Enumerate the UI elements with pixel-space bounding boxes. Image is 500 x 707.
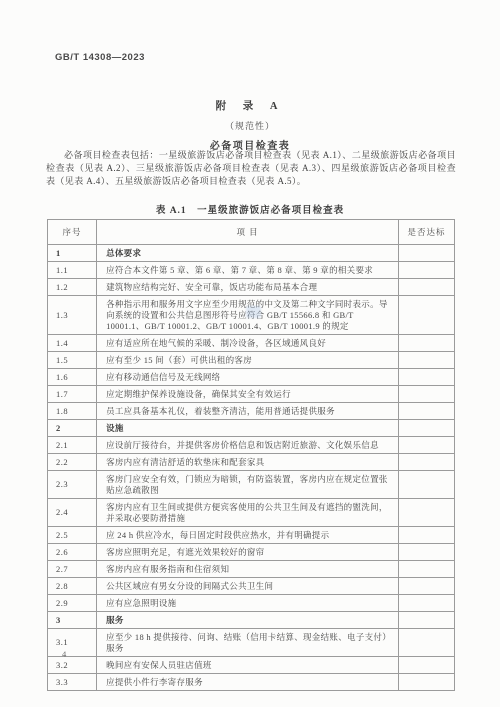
table-row: 3.1应至少 18 h 提供接待、问询、结账（信用卡结算、现金结账、电子支付）服… [48, 629, 455, 657]
appendix-subtitle: （规范性） [0, 119, 500, 132]
row-number: 1.2 [48, 279, 97, 296]
row-status-cell [399, 544, 455, 561]
row-item: 客房应照明充足，有遮光效果较好的窗帘 [97, 544, 399, 561]
row-number: 1.4 [48, 335, 97, 352]
row-item: 晚间应有安保人员驻店值班 [97, 657, 399, 674]
table-row: 2.8公共区域应有男女分设的间隔式公共卫生间 [48, 578, 455, 595]
table-row: 1.1应符合本文件第 5 章、第 6 章、第 7 章、第 8 章、第 9 章的相… [48, 262, 455, 279]
row-number: 1.1 [48, 262, 97, 279]
row-number: 3 [48, 612, 97, 629]
row-status-cell [399, 296, 455, 335]
row-number: 2.9 [48, 595, 97, 612]
row-number: 1.8 [48, 403, 97, 420]
row-item: 服务 [97, 612, 399, 629]
standard-number: GB/T 14308—2023 [55, 52, 145, 63]
row-item: 设施 [97, 420, 399, 437]
row-status-cell [399, 335, 455, 352]
row-number: 1.6 [48, 369, 97, 386]
table-row: 1总体要求 [48, 245, 455, 262]
row-status-cell [399, 471, 455, 499]
row-item: 客房内应有清洁舒适的软垫床和配套家具 [97, 454, 399, 471]
col-header-item: 项 目 [97, 220, 399, 245]
row-status-cell [399, 595, 455, 612]
row-status-cell [399, 386, 455, 403]
row-number: 3.3 [48, 674, 97, 691]
row-status-cell [399, 420, 455, 437]
row-number: 1.3 [48, 296, 97, 335]
appendix-heading: 附 录 A （规范性） 必备项目检查表 [0, 98, 500, 152]
row-number: 2.7 [48, 561, 97, 578]
table-row: 1.5应有至少 15 间（套）可供出租的客房 [48, 352, 455, 369]
row-status-cell [399, 454, 455, 471]
row-item: 应设前厅接待台，并提供客房价格信息和饭店附近旅游、文化娱乐信息 [97, 437, 399, 454]
row-status-cell [399, 578, 455, 595]
table-row: 1.4应有适应所在地气候的采暖、制冷设备，各区域通风良好 [48, 335, 455, 352]
row-number: 2.5 [48, 527, 97, 544]
table-row: 1.7应定期维护保养设施设备，确保其安全有效运行 [48, 386, 455, 403]
table-row: 2.4客房内应有卫生间或提供方便宾客使用的公共卫生间及有遮挡的盥洗间，并采取必要… [48, 499, 455, 527]
row-status-cell [399, 369, 455, 386]
row-number: 1.7 [48, 386, 97, 403]
table-row: 2.5应 24 h 供应冷水，每日固定时段供应热水，并有明确提示 [48, 527, 455, 544]
row-item: 应有至少 15 间（套）可供出租的客房 [97, 352, 399, 369]
row-status-cell [399, 279, 455, 296]
row-item: 应符合本文件第 5 章、第 6 章、第 7 章、第 8 章、第 9 章的相关要求 [97, 262, 399, 279]
appendix-title: 附 录 A [0, 98, 500, 113]
table-row: 1.6应有移动通信信号及无线网络 [48, 369, 455, 386]
row-item: 应有适应所在地气候的采暖、制冷设备，各区域通风良好 [97, 335, 399, 352]
row-status-cell [399, 674, 455, 691]
row-status-cell [399, 437, 455, 454]
row-number: 2.6 [48, 544, 97, 561]
document-page: GB/T 14308—2023 附 录 A （规范性） 必备项目检查表 必备项目… [0, 0, 500, 707]
col-header-number: 序号 [48, 220, 97, 245]
row-status-cell [399, 629, 455, 657]
row-number: 2.1 [48, 437, 97, 454]
page-number: 4 [62, 649, 66, 659]
table-row: 2设施 [48, 420, 455, 437]
row-status-cell [399, 527, 455, 544]
row-item: 员工应具备基本礼仪，着装整齐清洁，能用普通话提供服务 [97, 403, 399, 420]
row-number: 3.1 [48, 629, 97, 657]
row-number: 1.5 [48, 352, 97, 369]
table-row: 2.1应设前厅接待台，并提供客房价格信息和饭店附近旅游、文化娱乐信息 [48, 437, 455, 454]
row-status-cell [399, 403, 455, 420]
row-number: 3.2 [48, 657, 97, 674]
row-status-cell [399, 499, 455, 527]
row-number: 2.2 [48, 454, 97, 471]
table-row: 1.8员工应具备基本礼仪，着装整齐清洁，能用普通话提供服务 [48, 403, 455, 420]
row-item: 总体要求 [97, 245, 399, 262]
table-row: 2.7客房内应有服务指南和住宿须知 [48, 561, 455, 578]
intro-paragraph: 必备项目检查表包括：一星级旅游饭店必备项目检查表（见表 A.1）、二星级旅游饭店… [46, 149, 456, 189]
row-status-cell [399, 561, 455, 578]
table-row: 2.3客房门应安全有效，门锁应为暗锁，有防盗装置，客房内应在规定位置张贴应急疏散… [48, 471, 455, 499]
row-item: 客房内应有服务指南和住宿须知 [97, 561, 399, 578]
table-row: 3.2晚间应有安保人员驻店值班 [48, 657, 455, 674]
checklist-table-wrap: 序号 项 目 是否达标 1总体要求1.1应符合本文件第 5 章、第 6 章、第 … [47, 219, 455, 691]
row-item: 公共区域应有男女分设的间隔式公共卫生间 [97, 578, 399, 595]
row-status-cell [399, 612, 455, 629]
row-item: 应至少 18 h 提供接待、问询、结账（信用卡结算、现金结账、电子支付）服务 [97, 629, 399, 657]
table-row: 2.6客房应照明充足，有遮光效果较好的窗帘 [48, 544, 455, 561]
row-number: 1 [48, 245, 97, 262]
checklist-body: 1总体要求1.1应符合本文件第 5 章、第 6 章、第 7 章、第 8 章、第 … [48, 245, 455, 691]
row-item: 应 24 h 供应冷水，每日固定时段供应热水，并有明确提示 [97, 527, 399, 544]
table-row: 2.2客房内应有清洁舒适的软垫床和配套家具 [48, 454, 455, 471]
row-item: 客房门应安全有效，门锁应为暗锁，有防盗装置，客房内应在规定位置张贴应急疏散图 [97, 471, 399, 499]
row-item: 应有移动通信信号及无线网络 [97, 369, 399, 386]
col-header-status: 是否达标 [399, 220, 455, 245]
checklist-table: 序号 项 目 是否达标 1总体要求1.1应符合本文件第 5 章、第 6 章、第 … [47, 219, 455, 691]
row-item: 客房内应有卫生间或提供方便宾客使用的公共卫生间及有遮挡的盥洗间，并采取必要防滑措… [97, 499, 399, 527]
row-item: 应定期维护保养设施设备，确保其安全有效运行 [97, 386, 399, 403]
row-status-cell [399, 262, 455, 279]
row-number: 2.8 [48, 578, 97, 595]
table-row: 3.3应提供小件行李寄存服务 [48, 674, 455, 691]
table-row: 1.3各种指示用和服务用文字应至少用规范的中文及第二种文字同时表示。导向系统的设… [48, 296, 455, 335]
table-row: 3服务 [48, 612, 455, 629]
row-status-cell [399, 352, 455, 369]
row-item: 应提供小件行李寄存服务 [97, 674, 399, 691]
row-status-cell [399, 245, 455, 262]
table-row: 2.9应有应急照明设施 [48, 595, 455, 612]
table-header-row: 序号 项 目 是否达标 [48, 220, 455, 245]
row-item: 应有应急照明设施 [97, 595, 399, 612]
row-number: 2.4 [48, 499, 97, 527]
row-status-cell [399, 657, 455, 674]
row-item: 各种指示用和服务用文字应至少用规范的中文及第二种文字同时表示。导向系统的设置和公… [97, 296, 399, 335]
table-row: 1.2建筑物应结构完好、安全可靠，饭店功能布局基本合理 [48, 279, 455, 296]
row-item: 建筑物应结构完好、安全可靠，饭店功能布局基本合理 [97, 279, 399, 296]
row-number: 2.3 [48, 471, 97, 499]
table-caption: 表 A.1 一星级旅游饭店必备项目检查表 [0, 202, 500, 216]
row-number: 2 [48, 420, 97, 437]
